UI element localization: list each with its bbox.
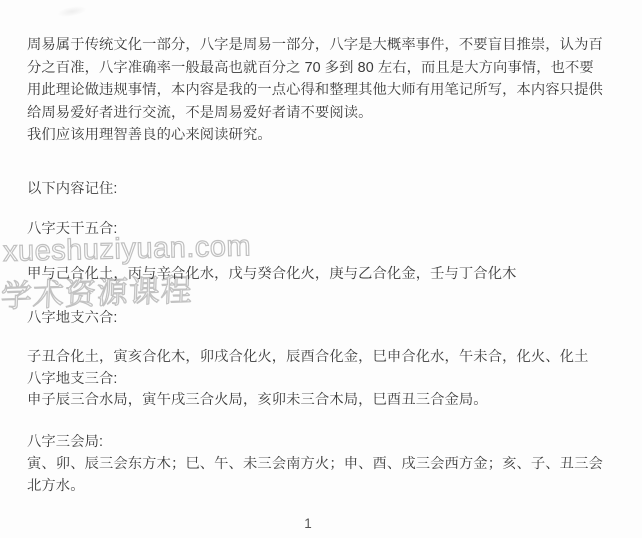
heading-dizhi-liuhe: 八字地支六合: xyxy=(27,307,117,329)
intro-line-2: 分之百准，八字准确率一般最高也就百分之 70 多到 80 左右，而且是大方向事情… xyxy=(27,57,594,79)
heading-sanhui-ju: 八字三会局: xyxy=(27,431,103,453)
heading-tiangan-wuhe: 八字天干五合: xyxy=(27,218,117,240)
text-dizhi-liuhe: 子丑合化土，寅亥合化木，卯戌合化火，辰酉合化金，巳申合化水，午未合，化火、化土 xyxy=(27,346,588,368)
document-page: xueshuziyuan.com 学术资源课程 周易属于传统文化一部分，八字是周… xyxy=(0,0,642,538)
page-number: 1 xyxy=(0,515,616,533)
intro-line-1: 周易属于传统文化一部分，八字是周易一部分，八字是大概率事件，不要盲目推崇，认为百 xyxy=(27,34,603,56)
intro-line-5: 我们应该用理智善良的心来阅读研究。 xyxy=(27,124,272,146)
text-tiangan-wuhe: 甲与己合化土，丙与辛合化水，戊与癸合化火，庚与乙合化金，壬与丁合化木 xyxy=(27,263,517,285)
text-sanhui-line-1: 寅、卯、辰三会东方木；巳、午、未三会南方火；申、酉、戌三会西方金；亥、子、丑三会 xyxy=(27,453,603,475)
scan-smudge-artifact xyxy=(57,5,86,19)
intro-line-3: 用此理论做违规事情，本内容是我的一点心得和整理其他大师有用笔记所写，本内容只提供 xyxy=(27,79,603,101)
intro-line-4: 给周易爱好者进行交流，不是周易爱好者请不要阅读。 xyxy=(27,102,373,124)
text-sanhui-line-2: 北方水。 xyxy=(27,475,85,497)
text-dizhi-sanhe: 申子辰三合水局，寅午戌三合火局，亥卯未三合木局，巳酉丑三合金局。 xyxy=(27,389,488,411)
heading-dizhi-sanhe: 八字地支三合: xyxy=(27,368,117,390)
heading-remember: 以下内容记住: xyxy=(27,178,117,200)
